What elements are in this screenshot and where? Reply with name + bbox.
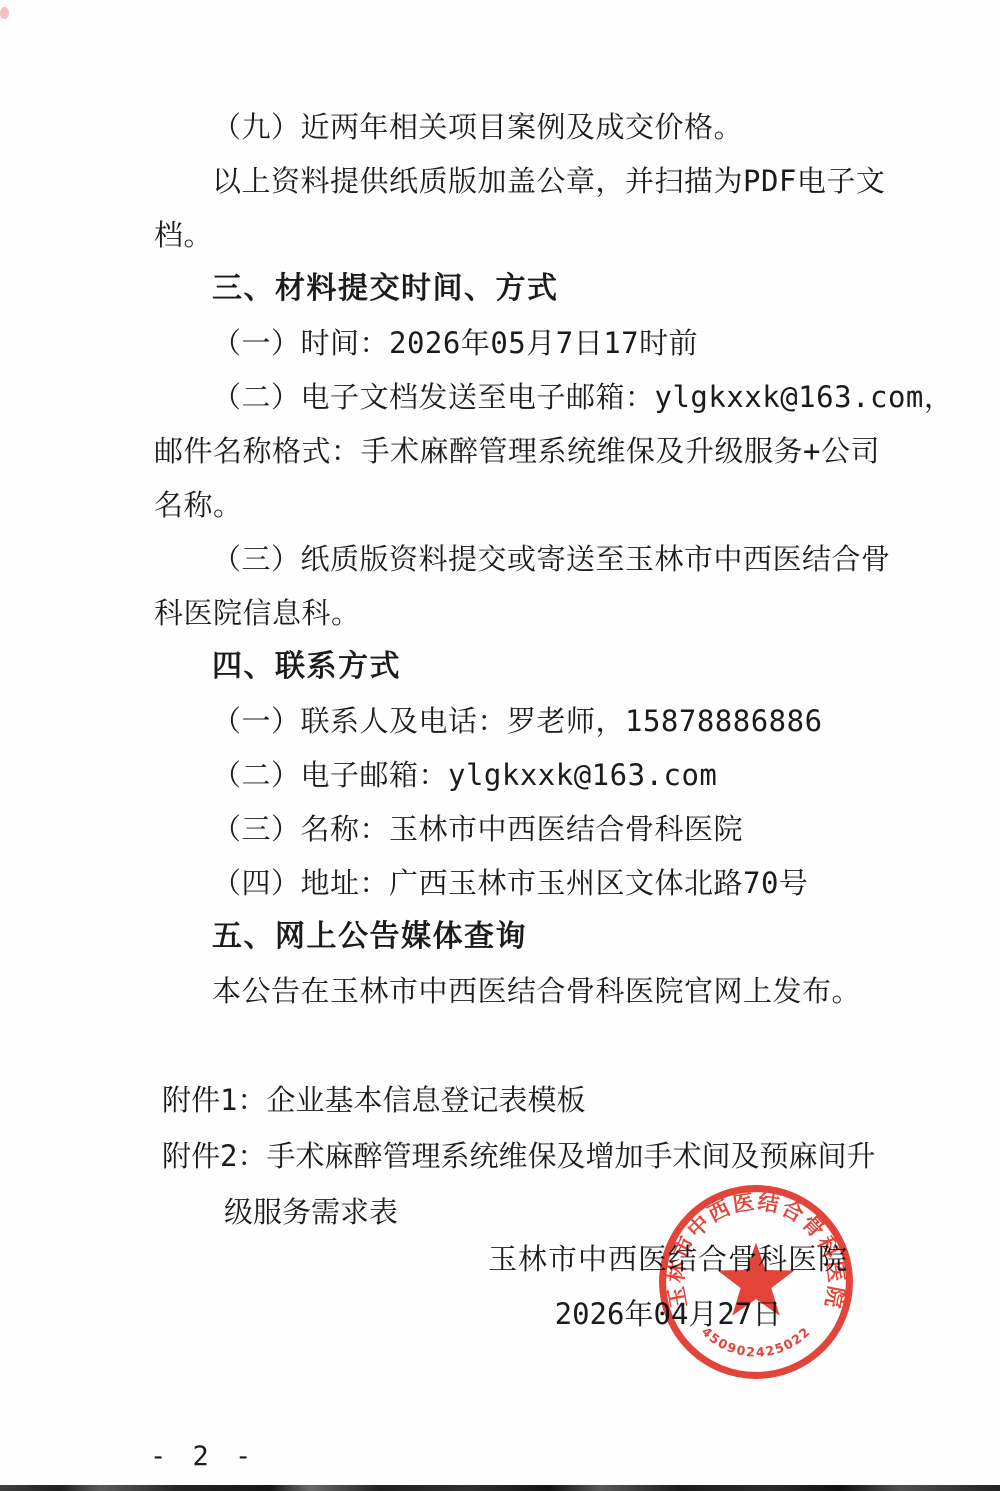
body-line: 以上资料提供纸质版加盖公章，并扫描为PDF电子文 — [154, 154, 866, 208]
body-line: 档。 — [154, 208, 866, 262]
page-number: - 2 - — [150, 1441, 256, 1472]
body-line: （一）联系人及电话：罗老师，15878886886 — [154, 694, 866, 748]
body-line: 邮件名称格式：手术麻醉管理系统维保及升级服务+公司 — [154, 424, 866, 478]
attachment-line: 附件1：企业基本信息登记表模板 — [162, 1072, 875, 1128]
body-line: 科医院信息科。 — [154, 586, 866, 640]
body-line: 名称。 — [154, 478, 866, 532]
body-line: （九）近两年相关项目案例及成交价格。 — [154, 100, 866, 154]
official-seal: 玉林市中西医结合骨科医院 4509024250226 — [655, 1181, 857, 1383]
scan-artifact-speck — [0, 7, 9, 19]
body-line: （四）地址：广西玉林市玉州区文体北路70号 — [154, 856, 866, 910]
attachment-line: 附件2：手术麻醉管理系统维保及增加手术间及预麻间升 — [162, 1128, 875, 1184]
body-line: （二）电子文档发送至电子邮箱：ylgkxxk@163.com， — [154, 370, 866, 424]
body-line: （一）时间：2026年05月7日17时前 — [154, 316, 866, 370]
section-heading: 五、网上公告媒体查询 — [154, 910, 866, 964]
section-heading: 三、材料提交时间、方式 — [154, 262, 866, 316]
body-line: （三）纸质版资料提交或寄送至玉林市中西医结合骨 — [154, 532, 866, 586]
star-icon — [718, 1243, 795, 1316]
body-line: 本公告在玉林市中西医结合骨科医院官网上发布。 — [154, 964, 866, 1018]
document-body: （九）近两年相关项目案例及成交价格。 以上资料提供纸质版加盖公章，并扫描为PDF… — [154, 100, 866, 1018]
body-line: （二）电子邮箱：ylgkxxk@163.com — [154, 748, 866, 802]
body-line: （三）名称：玉林市中西医结合骨科医院 — [154, 802, 866, 856]
scan-bottom-edge — [0, 1485, 1000, 1491]
document-page: （九）近两年相关项目案例及成交价格。 以上资料提供纸质版加盖公章，并扫描为PDF… — [0, 0, 1000, 1491]
section-heading: 四、联系方式 — [154, 640, 866, 694]
